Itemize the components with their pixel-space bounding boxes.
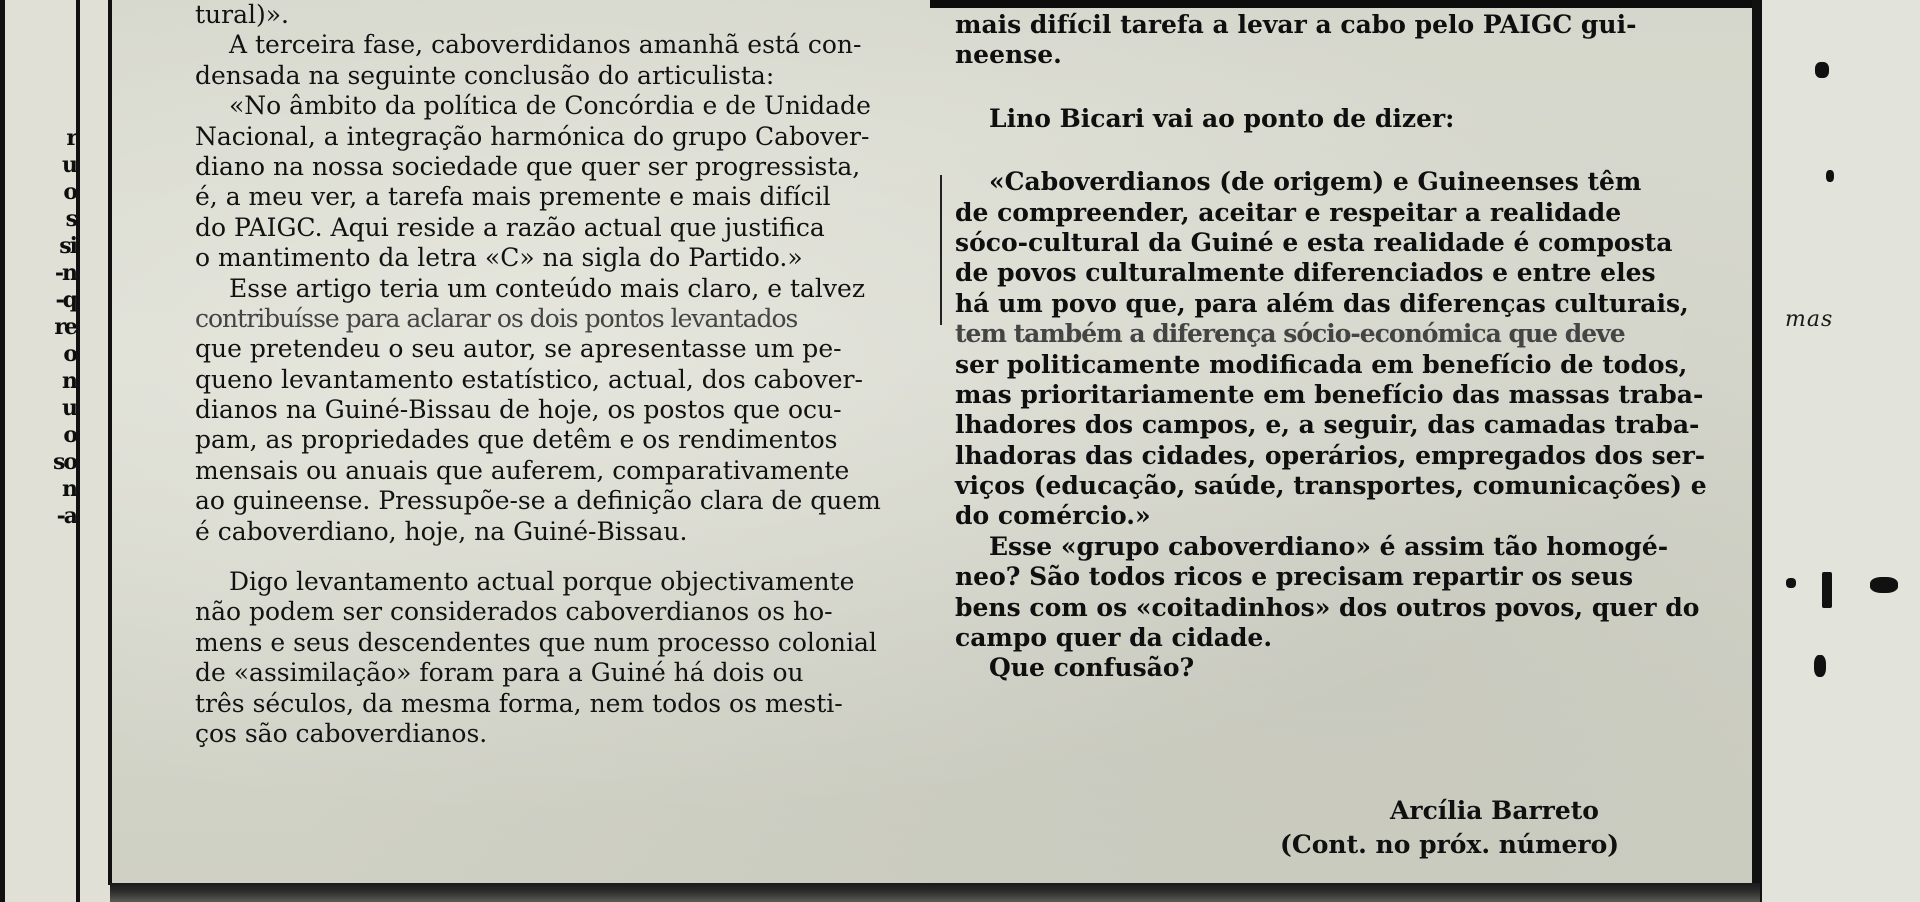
left-column-rule-inner bbox=[108, 0, 112, 885]
text-line: mens e seus descendentes que num process… bbox=[195, 628, 910, 658]
left-edge-bar bbox=[0, 0, 5, 902]
ink-spot bbox=[1822, 572, 1832, 608]
fragment: si bbox=[46, 233, 76, 260]
smudged-quote-line: tem também a diferença sócio-económica q… bbox=[955, 319, 1690, 349]
text-line: «No âmbito da política de Concórdia e de… bbox=[195, 91, 910, 121]
text-line: neense. bbox=[955, 40, 1690, 70]
fragment: o bbox=[46, 179, 76, 206]
fragment: u bbox=[46, 395, 76, 422]
article-column-right: mais difícil tarefa a levar a cabo pelo … bbox=[955, 10, 1690, 684]
continuation-note: (Cont. no próx. número) bbox=[1280, 830, 1619, 859]
text-line: o mantimento da letra «C» na sigla do Pa… bbox=[195, 243, 910, 273]
fragment: o bbox=[46, 341, 76, 368]
text-line: não podem ser considerados caboverdianos… bbox=[195, 597, 910, 627]
quote-line: de compreender, aceitar e respeitar a re… bbox=[955, 198, 1690, 228]
fragment: o bbox=[46, 422, 76, 449]
bottom-border-rule bbox=[110, 883, 1760, 902]
quote-line: ser politicamente modificada em benefíci… bbox=[955, 350, 1690, 380]
text-line: A terceira fase, caboverdidanos amanhã e… bbox=[195, 30, 910, 60]
top-border-band bbox=[930, 0, 1760, 8]
text-line: pam, as propriedades que detêm e os rend… bbox=[195, 425, 910, 455]
newspaper-scan: r u o s si -n -q re o n u o so n -a tura… bbox=[0, 0, 1920, 902]
smudged-text-line: contribuísse para aclarar os dois pontos… bbox=[195, 304, 910, 334]
text-line: ços são caboverdianos. bbox=[195, 719, 910, 749]
fragment: -n bbox=[46, 260, 76, 287]
text-line: neo? São todos ricos e precisam repartir… bbox=[955, 562, 1690, 592]
text-line: ao guineense. Pressupõe-se a definição c… bbox=[195, 486, 910, 516]
left-margin-strip: r u o s si -n -q re o n u o so n -a bbox=[0, 0, 110, 902]
previous-column-fragments: r u o s si -n -q re o n u o so n -a bbox=[46, 125, 76, 530]
text-line: que pretendeu o seu autor, se apresentas… bbox=[195, 334, 910, 364]
handwritten-margin-note: mas bbox=[1785, 307, 1833, 332]
quote-line: «Caboverdianos (de origem) e Guineenses … bbox=[955, 167, 1690, 197]
text-line: Que confusão? bbox=[955, 653, 1690, 683]
fragment: so bbox=[46, 449, 76, 476]
ink-spot bbox=[1786, 578, 1796, 588]
text-line: mais difícil tarefa a levar a cabo pelo … bbox=[955, 10, 1690, 40]
ink-spot bbox=[1870, 577, 1898, 593]
column-divider bbox=[940, 175, 942, 325]
fragment: re bbox=[46, 314, 76, 341]
quote-line: do comércio.» bbox=[955, 501, 1690, 531]
paragraph-gap bbox=[195, 547, 910, 567]
fragment: -q bbox=[46, 287, 76, 314]
text-line: Esse «grupo caboverdiano» é assim tão ho… bbox=[955, 532, 1690, 562]
fragment: r bbox=[46, 125, 76, 152]
fragment: n bbox=[46, 368, 76, 395]
right-margin bbox=[1762, 0, 1920, 902]
quote-line: lhadores dos campos, e, a seguir, das ca… bbox=[955, 410, 1690, 440]
quote-line: viços (educação, saúde, transportes, com… bbox=[955, 471, 1690, 501]
fragment: n bbox=[46, 476, 76, 503]
fragment: s bbox=[46, 206, 76, 233]
fragment: u bbox=[46, 152, 76, 179]
author-signature: Arcília Barreto bbox=[1390, 796, 1599, 825]
fragment: -a bbox=[46, 503, 76, 530]
text-line: campo quer da cidade. bbox=[955, 623, 1690, 653]
text-line: bens com os «coitadinhos» dos outros pov… bbox=[955, 593, 1690, 623]
text-line: Nacional, a integração harmónica do grup… bbox=[195, 122, 910, 152]
quote-line: mas prioritariamente em benefício das ma… bbox=[955, 380, 1690, 410]
text-line: mensais ou anuais que auferem, comparati… bbox=[195, 456, 910, 486]
article-column-left: tural)». A terceira fase, caboverdidanos… bbox=[195, 0, 910, 749]
quote-line: lhadoras das cidades, operários, emprega… bbox=[955, 441, 1690, 471]
text-line: é caboverdiano, hoje, na Guiné-Bissau. bbox=[195, 517, 910, 547]
text-line: tural)». bbox=[195, 0, 910, 30]
quote-line: há um povo que, para além das diferenças… bbox=[955, 289, 1690, 319]
paragraph-gap bbox=[955, 71, 1690, 104]
left-column-rule bbox=[76, 0, 80, 902]
ink-spot bbox=[1815, 62, 1829, 78]
text-line: Digo levantamento actual porque objectiv… bbox=[195, 567, 910, 597]
quote-line: sóco-cultural da Guiné e esta realidade … bbox=[955, 228, 1690, 258]
text-line: é, a meu ver, a tarefa mais premente e m… bbox=[195, 182, 910, 212]
ink-spot bbox=[1826, 170, 1834, 182]
text-line: do PAIGC. Aqui reside a razão actual que… bbox=[195, 213, 910, 243]
right-column-rule bbox=[1752, 0, 1762, 902]
ink-spot bbox=[1814, 655, 1826, 677]
text-line: três séculos, da mesma forma, nem todos … bbox=[195, 689, 910, 719]
text-line: queno levantamento estatístico, actual, … bbox=[195, 365, 910, 395]
text-line: diano na nossa sociedade que quer ser pr… bbox=[195, 152, 910, 182]
quote-line: de povos culturalmente diferenciados e e… bbox=[955, 258, 1690, 288]
text-line: Lino Bicari vai ao ponto de dizer: bbox=[955, 104, 1690, 134]
text-line: de «assimilação» foram para a Guiné há d… bbox=[195, 658, 910, 688]
text-line: densada na seguinte conclusão do articul… bbox=[195, 61, 910, 91]
text-line: Esse artigo teria um conteúdo mais claro… bbox=[195, 274, 910, 304]
text-line: dianos na Guiné-Bissau de hoje, os posto… bbox=[195, 395, 910, 425]
paragraph-gap bbox=[955, 134, 1690, 167]
